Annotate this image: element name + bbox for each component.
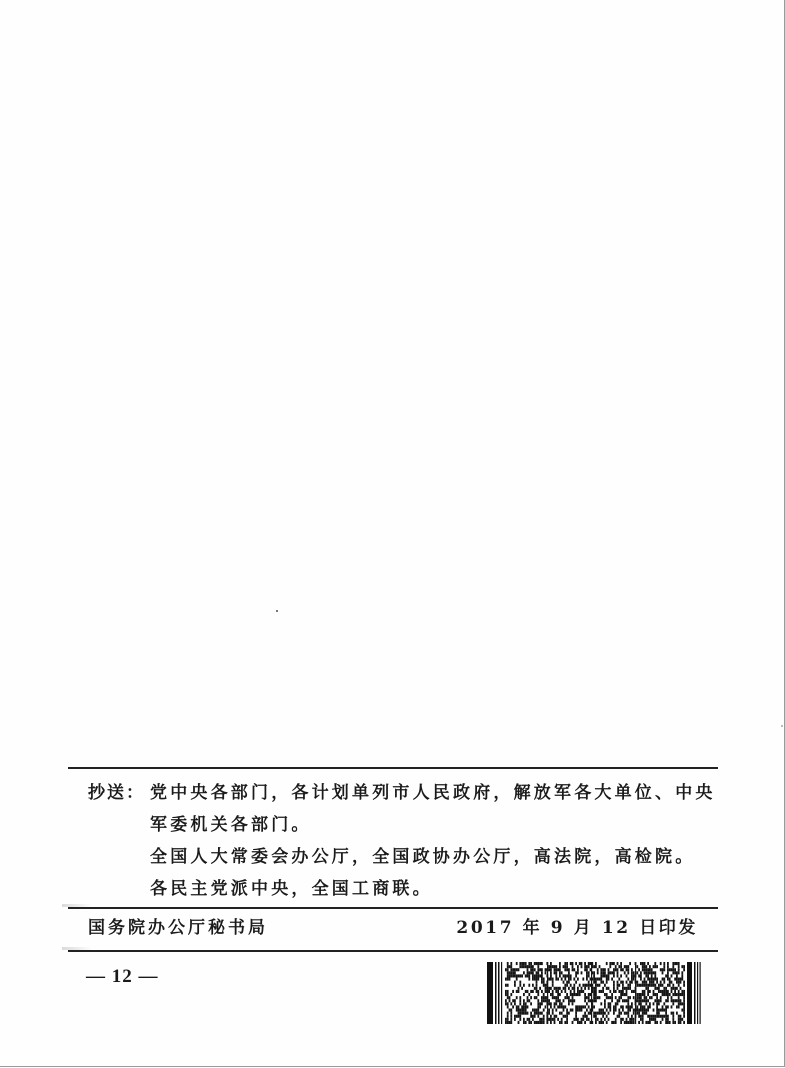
scan-speck bbox=[781, 725, 783, 727]
separator-rule-bottom bbox=[68, 950, 718, 952]
pdf417-barcode-icon bbox=[487, 962, 701, 1024]
distribution-line: 全国人大常委会办公厅，全国政协办公厅，高法院，高检院。 bbox=[88, 841, 718, 873]
distribution-line: 党中央各部门，各计划单列市人民政府，解放军各大单位、中央 bbox=[150, 777, 716, 809]
issuing-office: 国务院办公厅秘书局 bbox=[88, 914, 268, 942]
distribution-line: 军委机关各部门。 bbox=[88, 809, 718, 841]
separator-rule-middle bbox=[68, 907, 718, 909]
page-number: — 12 — bbox=[86, 966, 159, 988]
distribution-list: 抄送： 党中央各部门，各计划单列市人民政府，解放军各大单位、中央 军委机关各部门… bbox=[88, 777, 718, 905]
distribution-row-1: 抄送： 党中央各部门，各计划单列市人民政府，解放军各大单位、中央 bbox=[88, 777, 718, 809]
document-page: 抄送： 党中央各部门，各计划单列市人民政府，解放军各大单位、中央 军委机关各部门… bbox=[0, 0, 785, 1067]
print-date: 2017 年 9 月 12 日印发 bbox=[456, 914, 698, 942]
scan-speck bbox=[276, 610, 278, 612]
distribution-line: 各民主党派中央，全国工商联。 bbox=[88, 873, 718, 905]
separator-rule-top bbox=[68, 767, 718, 769]
distribution-label: 抄送： bbox=[88, 777, 150, 809]
